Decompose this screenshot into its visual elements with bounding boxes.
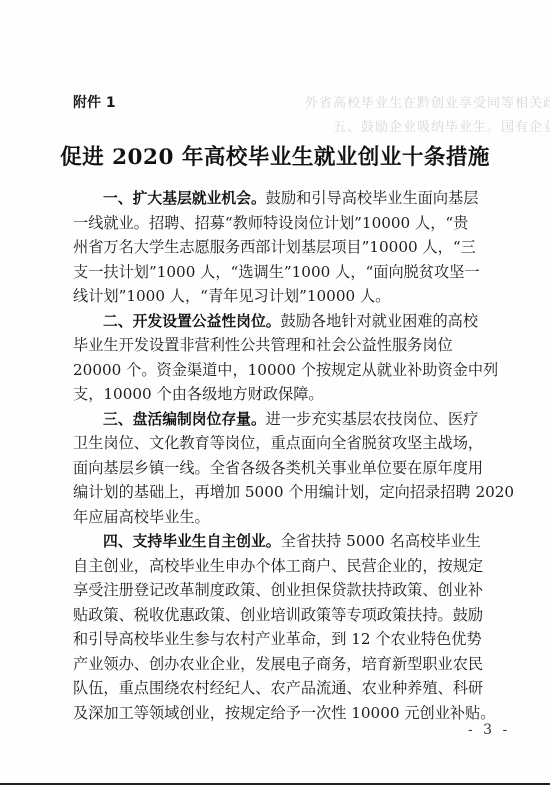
line-text: 全省扶持 5000 名高校毕业生	[281, 532, 481, 550]
document-page: 外省高校毕业生在黔创业享受同等相关政策。 五、鼓励企业吸纳毕业生。国有企业、千亿…	[0, 0, 550, 783]
section-heading: 二、开发设置公益性岗位。	[103, 313, 281, 330]
bleed-line: 五、鼓励企业吸纳毕业生。国有企业、千亿级工业产业的	[305, 116, 550, 140]
line-text: 进一步充实基层农技岗位、医疗	[266, 410, 479, 428]
document-body: 一、扩大基层就业机会。鼓励和引导高校毕业生面向基层 一线就业。招聘、招募“教师特…	[73, 186, 483, 725]
paragraph-line: 三、盘活编制岗位存量。进一步充实基层农技岗位、医疗	[73, 407, 483, 432]
paragraph-line: 卫生岗位、文化教育等岗位，重点面向全省脱贫攻坚主战场，	[73, 431, 483, 456]
attachment-label: 附件 1	[73, 92, 116, 112]
document-title: 促进 2020 年高校毕业生就业创业十条措施	[0, 140, 550, 171]
line-text: 鼓励各地针对就业困难的高校	[281, 312, 478, 330]
paragraph-line: 享受注册登记改革制度政策、创业担保贷款扶持政策、创业补	[73, 578, 483, 603]
paragraph-line: 队伍，重点围绕农村经纪人、农产品流通、农业种养殖、科研	[73, 676, 483, 701]
paragraph-line: 四、支持毕业生自主创业。全省扶持 5000 名高校毕业生	[73, 529, 483, 554]
paragraph-line: 贴政策、税收优惠政策、创业培训政策等专项政策扶持。鼓励	[73, 603, 483, 628]
paragraph-line: 州省万名大学生志愿服务西部计划基层项目”10000 人，“三	[73, 235, 483, 260]
bleed-through-text: 外省高校毕业生在黔创业享受同等相关政策。 五、鼓励企业吸纳毕业生。国有企业、千亿…	[305, 92, 550, 140]
paragraph-line: 年应届高校毕业生。	[73, 505, 483, 530]
paragraph-line: 一线就业。招聘、招募“教师特设岗位计划”10000 人，“贵	[73, 211, 483, 236]
paragraph-line: 支，10000 个由各级地方财政保障。	[73, 382, 483, 407]
paragraph-line: 面向基层乡镇一线。全省各级各类机关事业单位要在原年度用	[73, 456, 483, 481]
paragraph-line: 及深加工等领域创业，按规定给予一次性 10000 元创业补贴。	[73, 701, 483, 726]
paragraph-line: 一、扩大基层就业机会。鼓励和引导高校毕业生面向基层	[73, 186, 483, 211]
bleed-line: 外省高校毕业生在黔创业享受同等相关政策。	[305, 92, 550, 116]
paragraph-line: 20000 个。资金渠道中，10000 个按规定从就业补助资金中列	[73, 358, 483, 383]
section-heading: 四、支持毕业生自主创业。	[103, 533, 281, 550]
paragraph-line: 自主创业，高校毕业生申办个体工商户、民营企业的，按规定	[73, 554, 483, 579]
paragraph-line: 编计划的基础上，再增加 5000 个用编计划，定向招录招聘 2020	[73, 480, 483, 505]
paragraph-line: 支一扶计划”1000 人，“选调生”1000 人，“面向脱贫攻坚一	[73, 260, 483, 285]
paragraph-line: 线计划”1000 人，“青年见习计划”10000 人。	[73, 284, 483, 309]
paragraph-line: 毕业生开发设置非营利性公共管理和社会公益性服务岗位	[73, 333, 483, 358]
section-heading: 三、盘活编制岗位存量。	[103, 411, 266, 428]
paragraph-line: 产业领办、创办农业企业，发展电子商务，培育新型职业农民	[73, 652, 483, 677]
section-heading: 一、扩大基层就业机会。	[103, 190, 266, 207]
line-text: 鼓励和引导高校毕业生面向基层	[266, 189, 479, 207]
paragraph-line: 二、开发设置公益性岗位。鼓励各地针对就业困难的高校	[73, 309, 483, 334]
page-number: - 3 -	[468, 722, 510, 738]
paragraph-line: 和引导高校毕业生参与农村产业革命，到 12 个农业特色优势	[73, 627, 483, 652]
